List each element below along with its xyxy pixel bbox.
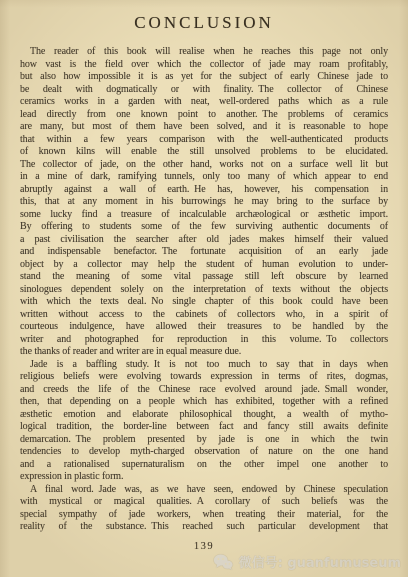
text-line: how vast is the field over which the col… (20, 59, 388, 72)
text-line: tendencies to develop myth-charged obser… (20, 446, 388, 459)
text-line: but also how impossible it is as yet for… (20, 71, 388, 84)
wechat-icon (213, 554, 233, 570)
page-number: 139 (0, 541, 408, 552)
text-line: demarcation. The problem presented by ja… (20, 434, 388, 447)
text-line: logical tradition, the border-line betwe… (20, 421, 388, 434)
text-line: sinologues dependent solely on the inter… (20, 284, 388, 297)
text-line: and creeds the life of the Chinese race … (20, 384, 388, 397)
text-line: are many, but most of them have been sol… (20, 121, 388, 134)
text-line: religious beliefs were evolving towards … (20, 371, 388, 384)
text-line: the thanks of reader and writer are in e… (20, 346, 388, 359)
text-line: this, that at any moment in his burrowin… (20, 196, 388, 209)
text-line: a past civilisation the searcher after o… (20, 234, 388, 247)
text-line: then, that depending on a people which h… (20, 396, 388, 409)
text-line: some lucky find a treasure of incalculab… (20, 209, 388, 222)
text-line: object by a collector may help the stude… (20, 259, 388, 272)
text-line: ceramics works in a garden with neat, we… (20, 96, 388, 109)
watermark: 微信号: guanfumuseum (213, 552, 401, 571)
text-block: The reader of this book will realise whe… (20, 46, 388, 534)
text-line: be dealt with dogmatically or with final… (20, 84, 388, 97)
watermark-label: 微信号: guanfumuseum (239, 552, 401, 571)
text-line: that within a few years comparison with … (20, 134, 388, 147)
text-line: written without access to the cabinets o… (20, 309, 388, 322)
text-line: of known kilns will enable the still uns… (20, 146, 388, 159)
page-title: CONCLUSION (0, 0, 408, 34)
text-line: A final word. Jade was, as we have seen,… (20, 484, 388, 497)
paragraph: A final word. Jade was, as we have seen,… (20, 484, 388, 534)
text-line: expression in plastic form. (20, 471, 388, 484)
book-page: CONCLUSION The reader of this book will … (0, 0, 408, 577)
text-line: and a rationalised supernaturalism on th… (20, 459, 388, 472)
text-line: abruptly against a wall of earth. He has… (20, 184, 388, 197)
text-line: Jade is a baffling study. It is not too … (20, 359, 388, 372)
text-line: special sympathy of jade workers, when t… (20, 509, 388, 522)
text-line: courteous indulgence, have allowed their… (20, 321, 388, 334)
text-line: The collector of jade, on the other hand… (20, 159, 388, 172)
paragraph: The reader of this book will realise whe… (20, 46, 388, 359)
text-line: lead directly from one known point to an… (20, 109, 388, 122)
text-line: The reader of this book will realise whe… (20, 46, 388, 59)
text-line: in a mine of dark, ramifying tunnels, on… (20, 171, 388, 184)
text-line: and indispensable benefactor. The fortun… (20, 246, 388, 259)
text-line: æsthetic emotion and elaborate philosoph… (20, 409, 388, 422)
text-line: with which the texts deal. No single cha… (20, 296, 388, 309)
text-line: reality of the substance. This reached s… (20, 521, 388, 534)
text-line: writer and photographed for reproduction… (20, 334, 388, 347)
paragraph: Jade is a baffling study. It is not too … (20, 359, 388, 484)
text-line: with mystical or magical qualities. A co… (20, 496, 388, 509)
text-line: stand the meaning of some vital passage … (20, 271, 388, 284)
text-line: By offering to students some of the few … (20, 221, 388, 234)
